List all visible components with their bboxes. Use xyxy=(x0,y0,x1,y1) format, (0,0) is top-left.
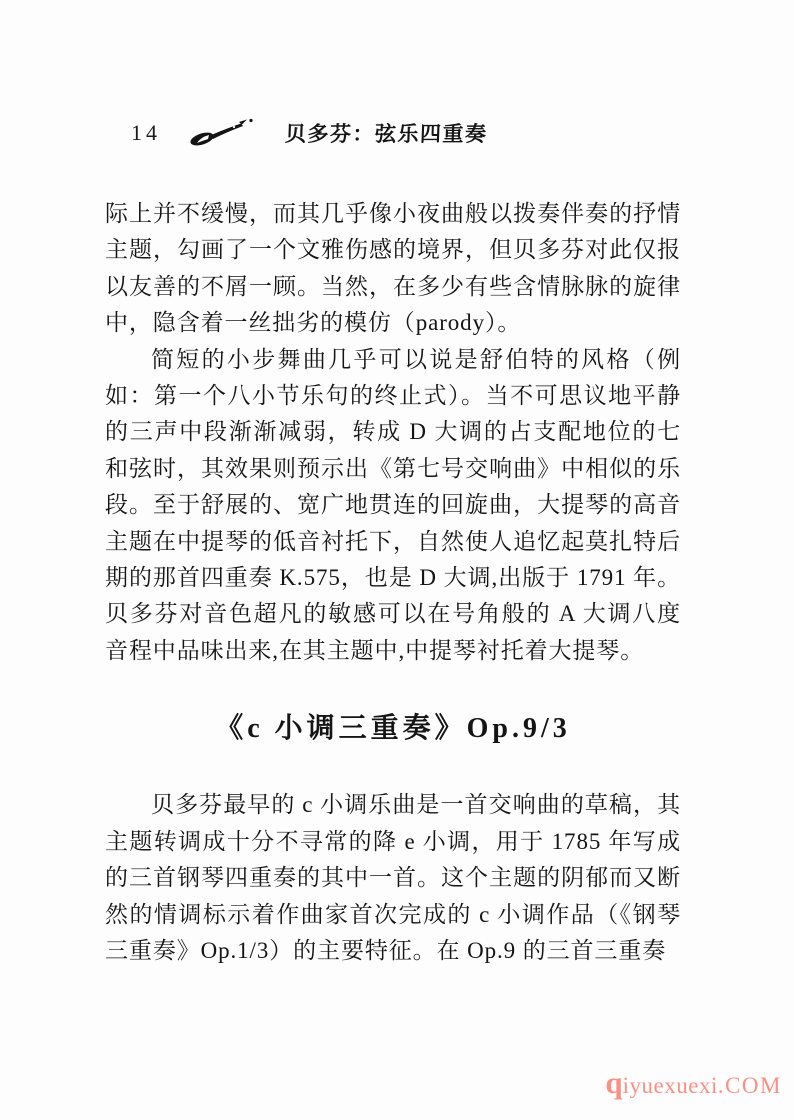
page-header: 14 贝多芬：弦乐四重奏 xyxy=(105,116,681,150)
running-title: 贝多芬：弦乐四重奏 xyxy=(284,118,488,148)
book-page: 14 贝多芬：弦乐四重奏 际上并不缓慢，而其几乎像小夜曲般以拨奏伴奏的抒情主题，… xyxy=(0,0,794,1120)
section-heading: 《c 小调三重奏》Op.9/3 xyxy=(105,707,681,751)
paragraph-continued: 际上并不缓慢，而其几乎像小夜曲般以拨奏伴奏的抒情主题，勾画了一个文雅伤感的境界，… xyxy=(105,196,681,342)
watermark-middle: iyuexuexi xyxy=(623,1073,718,1098)
watermark-initial: q xyxy=(605,1065,622,1100)
paragraph-minuet: 简短的小步舞曲几乎可以说是舒伯特的风格（例如：第一个八小节乐句的终止式）。当不可… xyxy=(105,342,681,670)
quill-pen-icon xyxy=(187,118,257,148)
watermark-suffix: .COM xyxy=(718,1073,782,1098)
page-number: 14 xyxy=(131,120,161,146)
watermark: qiyuexuexi.COM xyxy=(605,1066,782,1106)
paragraph-c-minor-trio: 贝多芬最早的 c 小调乐曲是一首交响曲的草稿，其主题转调成十分不寻常的降 e 小… xyxy=(105,787,681,969)
text-block: 际上并不缓慢，而其几乎像小夜曲般以拨奏伴奏的抒情主题，勾画了一个文雅伤感的境界，… xyxy=(105,196,681,969)
